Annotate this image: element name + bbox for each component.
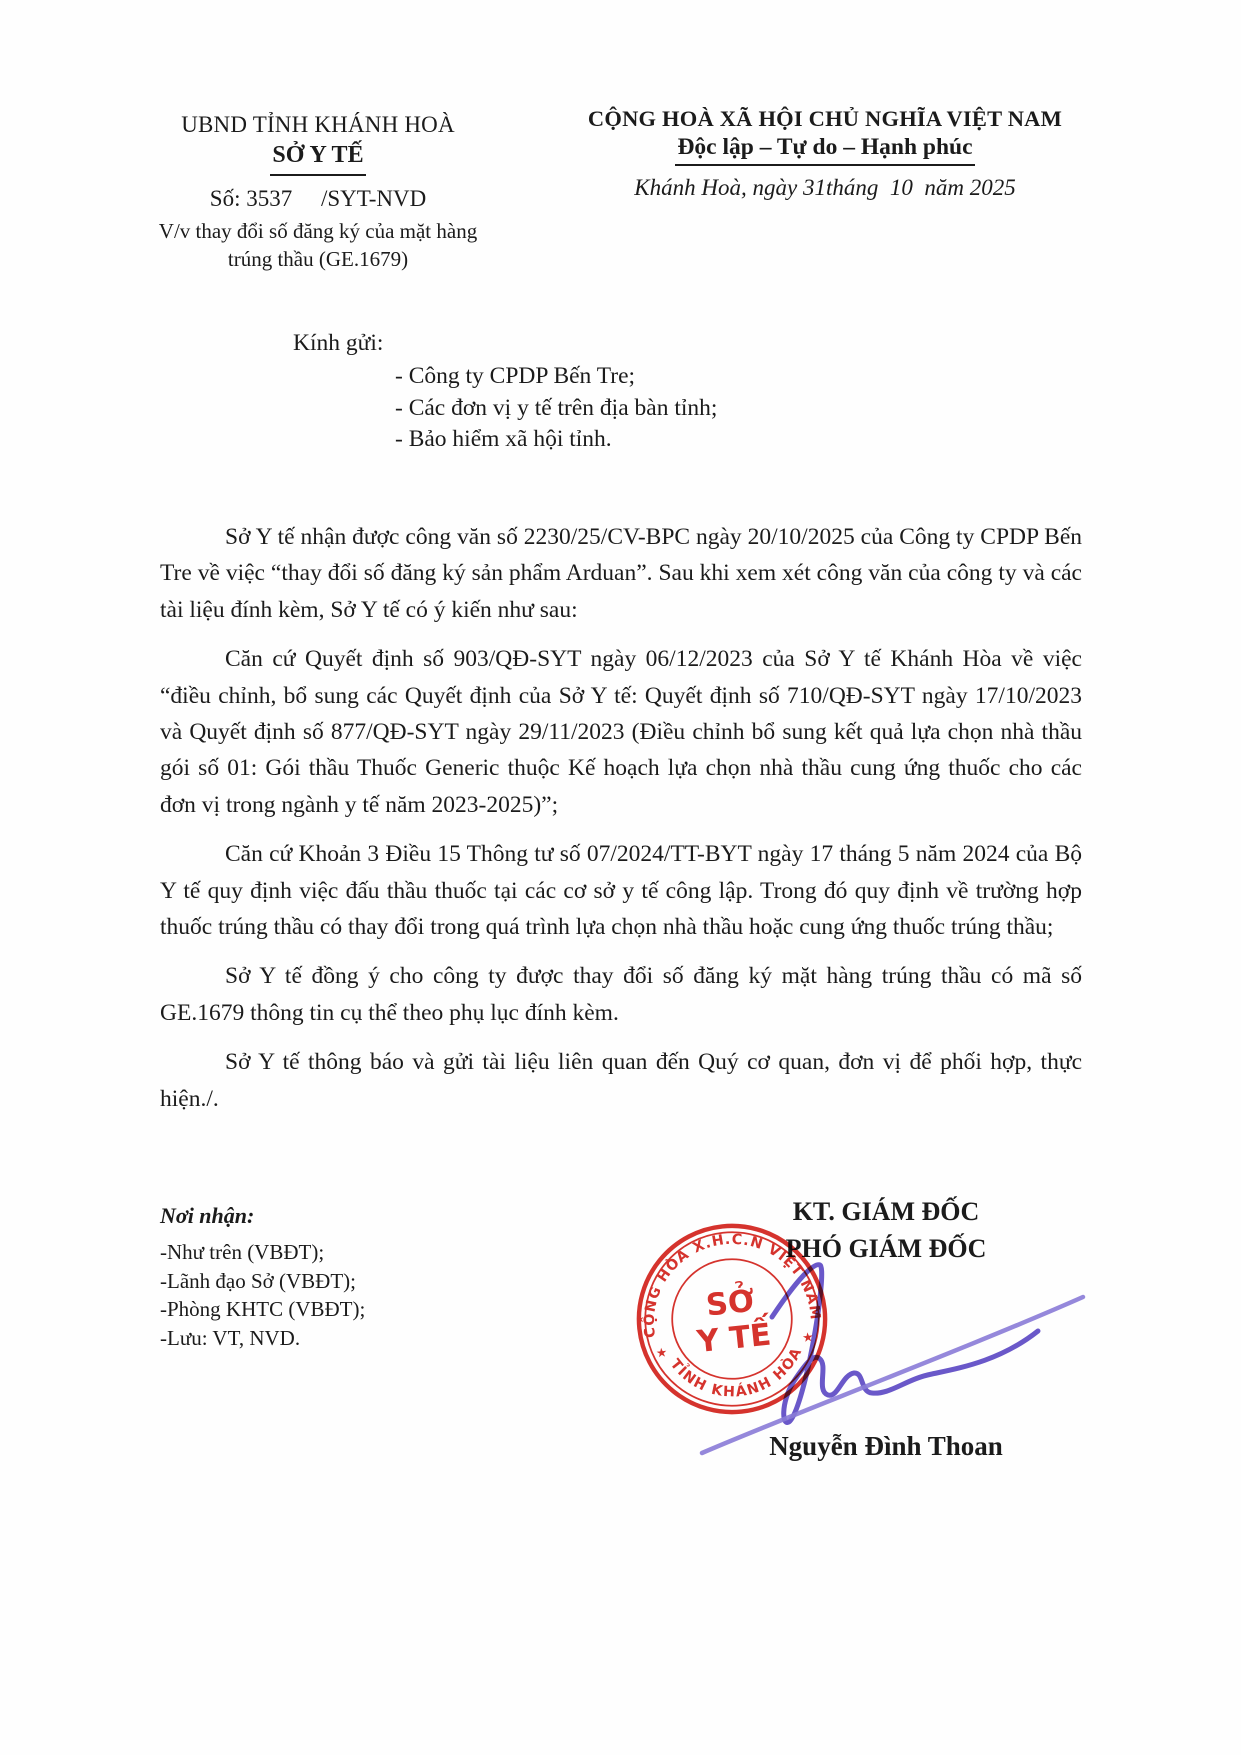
- signature-main-stroke: [772, 1265, 1038, 1423]
- department-name: SỞ Y TẾ: [98, 142, 538, 169]
- noi-nhan-item: -Phòng KHTC (VBĐT);: [160, 1295, 365, 1324]
- body-paragraph: Sở Y tế thông báo và gửi tài liệu liên q…: [160, 1044, 1082, 1117]
- noi-nhan-label: Nơi nhận:: [160, 1203, 365, 1229]
- body-paragraph: Căn cứ Khoản 3 Điều 15 Thông tư số 07/20…: [160, 836, 1082, 945]
- subject-line-2: trúng thầu (GE.1679): [98, 245, 538, 273]
- signature-flourish-stroke: [702, 1297, 1083, 1453]
- department-underline: [270, 174, 366, 176]
- issuing-authority: UBND TỈNH KHÁNH HOÀ: [98, 112, 538, 138]
- letter-body: Sở Y tế nhận được công văn số 2230/25/CV…: [160, 519, 1082, 1130]
- recipient-item: - Các đơn vị y tế trên địa bàn tỉnh;: [395, 393, 717, 425]
- noi-nhan-item: -Như trên (VBĐT);: [160, 1238, 365, 1267]
- signer-name: Nguyễn Đình Thoan: [640, 1431, 1132, 1462]
- header-right-block: CỘNG HOÀ XÃ HỘI CHỦ NGHĨA VIỆT NAM Độc l…: [558, 106, 1092, 201]
- body-paragraph: Sở Y tế nhận được công văn số 2230/25/CV…: [160, 519, 1082, 628]
- noi-nhan-list: -Như trên (VBĐT); -Lãnh đạo Sở (VBĐT); -…: [160, 1238, 365, 1352]
- recipients-list: - Công ty CPDP Bến Tre; - Các đơn vị y t…: [293, 361, 717, 456]
- subject-line-1: V/v thay đổi số đăng ký của mặt hàng: [98, 217, 538, 245]
- recipient-item: - Công ty CPDP Bến Tre;: [395, 361, 717, 393]
- body-paragraph: Sở Y tế đồng ý cho công ty được thay đổi…: [160, 958, 1082, 1031]
- body-paragraph: Căn cứ Quyết định số 903/QĐ-SYT ngày 06/…: [160, 641, 1082, 823]
- noi-nhan-item: -Lãnh đạo Sở (VBĐT);: [160, 1267, 365, 1296]
- document-number: Số: 3537 /SYT-NVD: [98, 186, 538, 212]
- noi-nhan-item: -Lưu: VT, NVD.: [160, 1324, 365, 1353]
- document-page: UBND TỈNH KHÁNH HOÀ SỞ Y TẾ Số: 3537 /SY…: [0, 0, 1241, 1755]
- header-left-block: UBND TỈNH KHÁNH HOÀ SỞ Y TẾ Số: 3537 /SY…: [98, 112, 538, 273]
- place-dateline: Khánh Hoà, ngày 31tháng 10 năm 2025: [558, 175, 1092, 201]
- national-motto: Độc lập – Tự do – Hạnh phúc: [675, 134, 974, 166]
- document-subject: V/v thay đổi số đăng ký của mặt hàng trú…: [98, 217, 538, 273]
- motto-wrap: Độc lập – Tự do – Hạnh phúc: [558, 132, 1092, 166]
- recipients-label: Kính gửi:: [293, 330, 717, 357]
- recipient-item: - Bảo hiểm xã hội tỉnh.: [395, 424, 717, 456]
- recipients-block: Kính gửi: - Công ty CPDP Bến Tre; - Các …: [293, 330, 717, 456]
- national-title: CỘNG HOÀ XÃ HỘI CHỦ NGHĨA VIỆT NAM: [558, 106, 1092, 132]
- handwritten-signature: [640, 1255, 1110, 1505]
- noi-nhan-block: Nơi nhận: -Như trên (VBĐT); -Lãnh đạo Sở…: [160, 1203, 365, 1352]
